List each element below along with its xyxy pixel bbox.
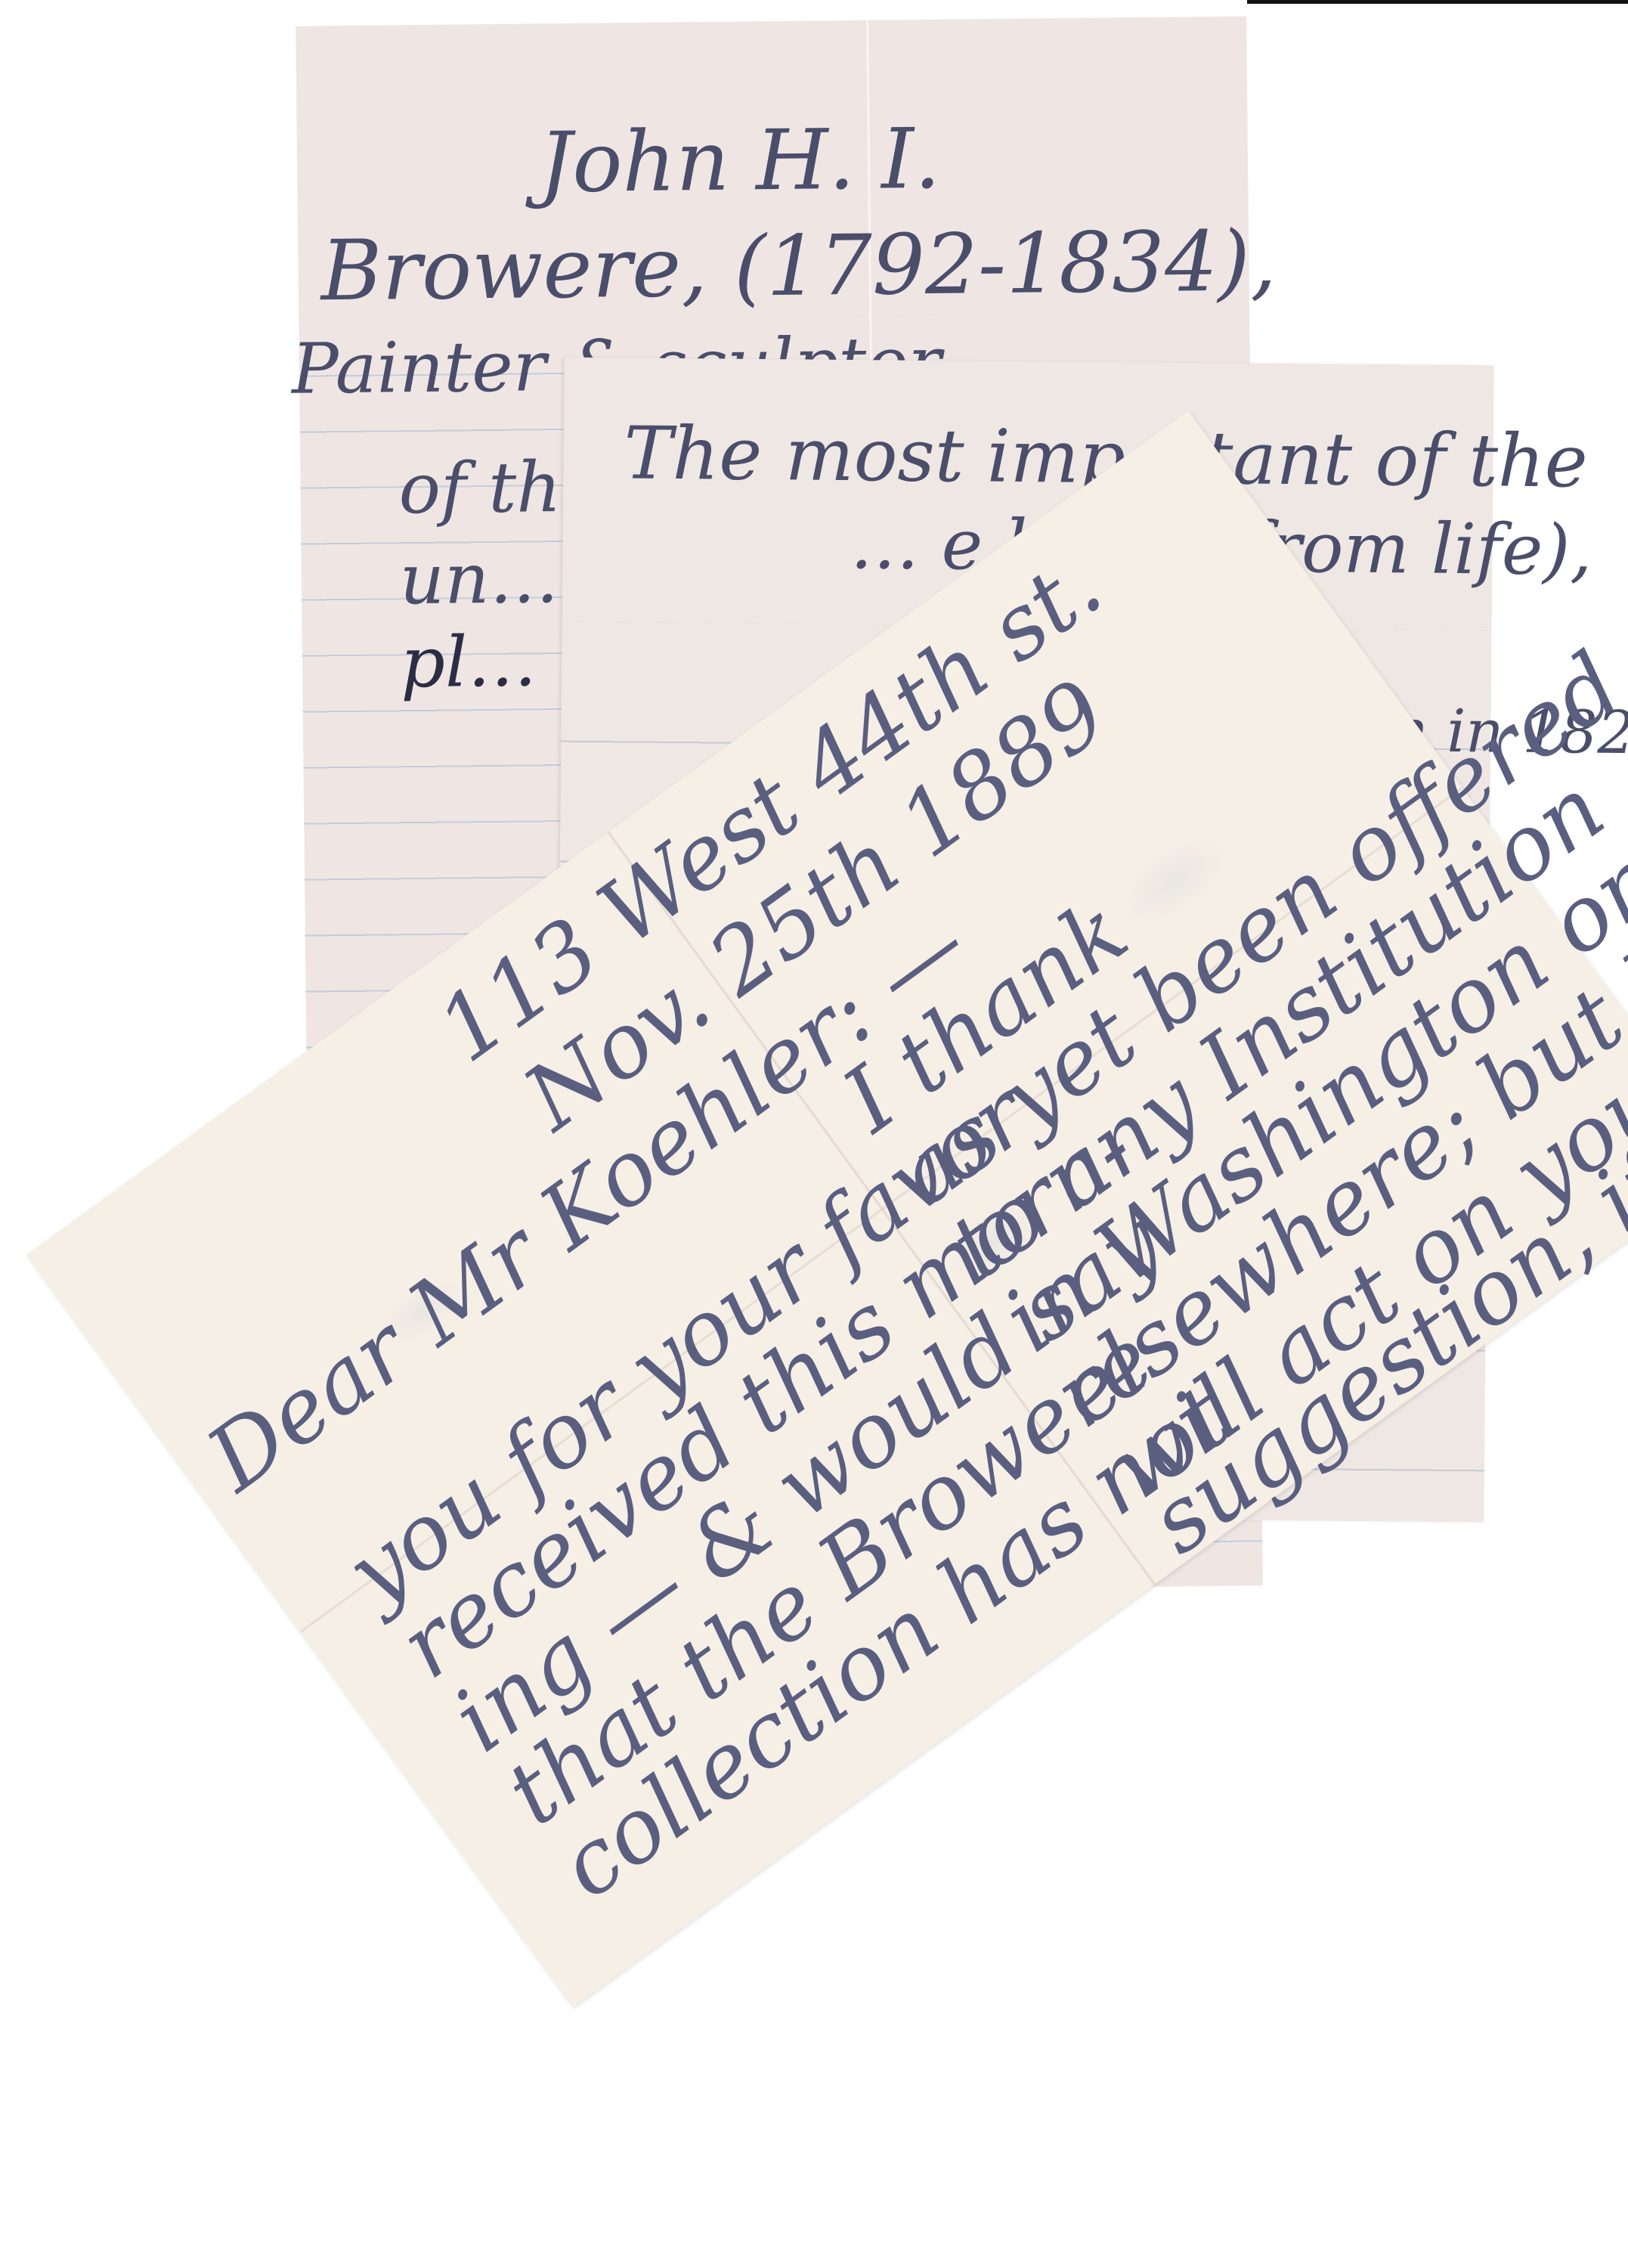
scan-edge-bar: [1247, 0, 1628, 4]
bio-line-name: John H. I.: [538, 110, 941, 212]
bio-line-surname-dates: Browere, (1792-1834),: [320, 212, 1277, 319]
bio-line-5: un…: [399, 538, 559, 620]
bio-line-6: pl…: [400, 621, 537, 703]
